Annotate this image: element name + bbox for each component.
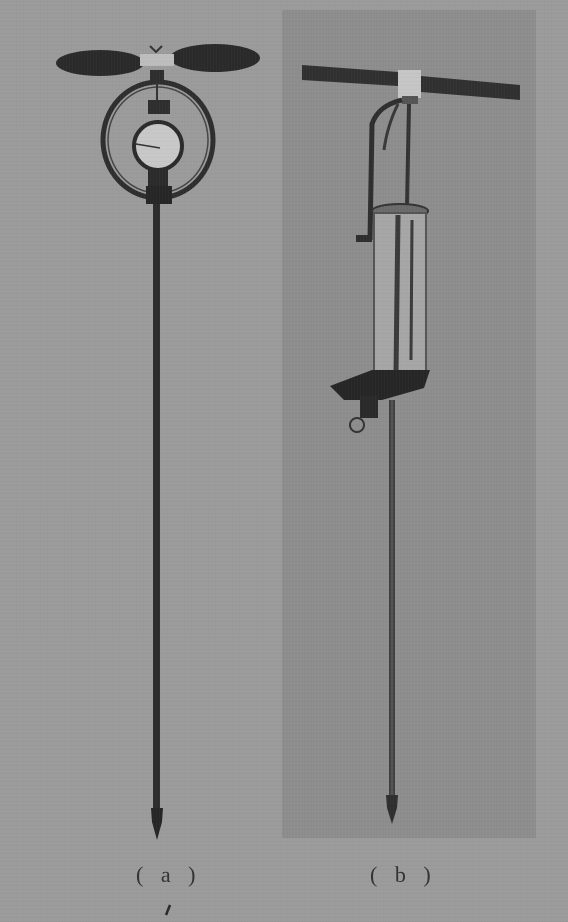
caption-b: ( b )	[370, 862, 437, 888]
instrument-a	[56, 44, 260, 840]
handle-hub	[140, 54, 174, 66]
stray-mark	[166, 905, 170, 915]
dial-gauge	[134, 122, 182, 170]
caption-a: ( a )	[136, 862, 201, 888]
rod-a	[153, 204, 160, 809]
handle-lobe-left	[56, 50, 144, 76]
photograph	[0, 0, 568, 922]
cone-tip-a	[151, 808, 163, 840]
handle-lobe-right	[170, 44, 260, 72]
t-handle-hub	[398, 70, 421, 98]
